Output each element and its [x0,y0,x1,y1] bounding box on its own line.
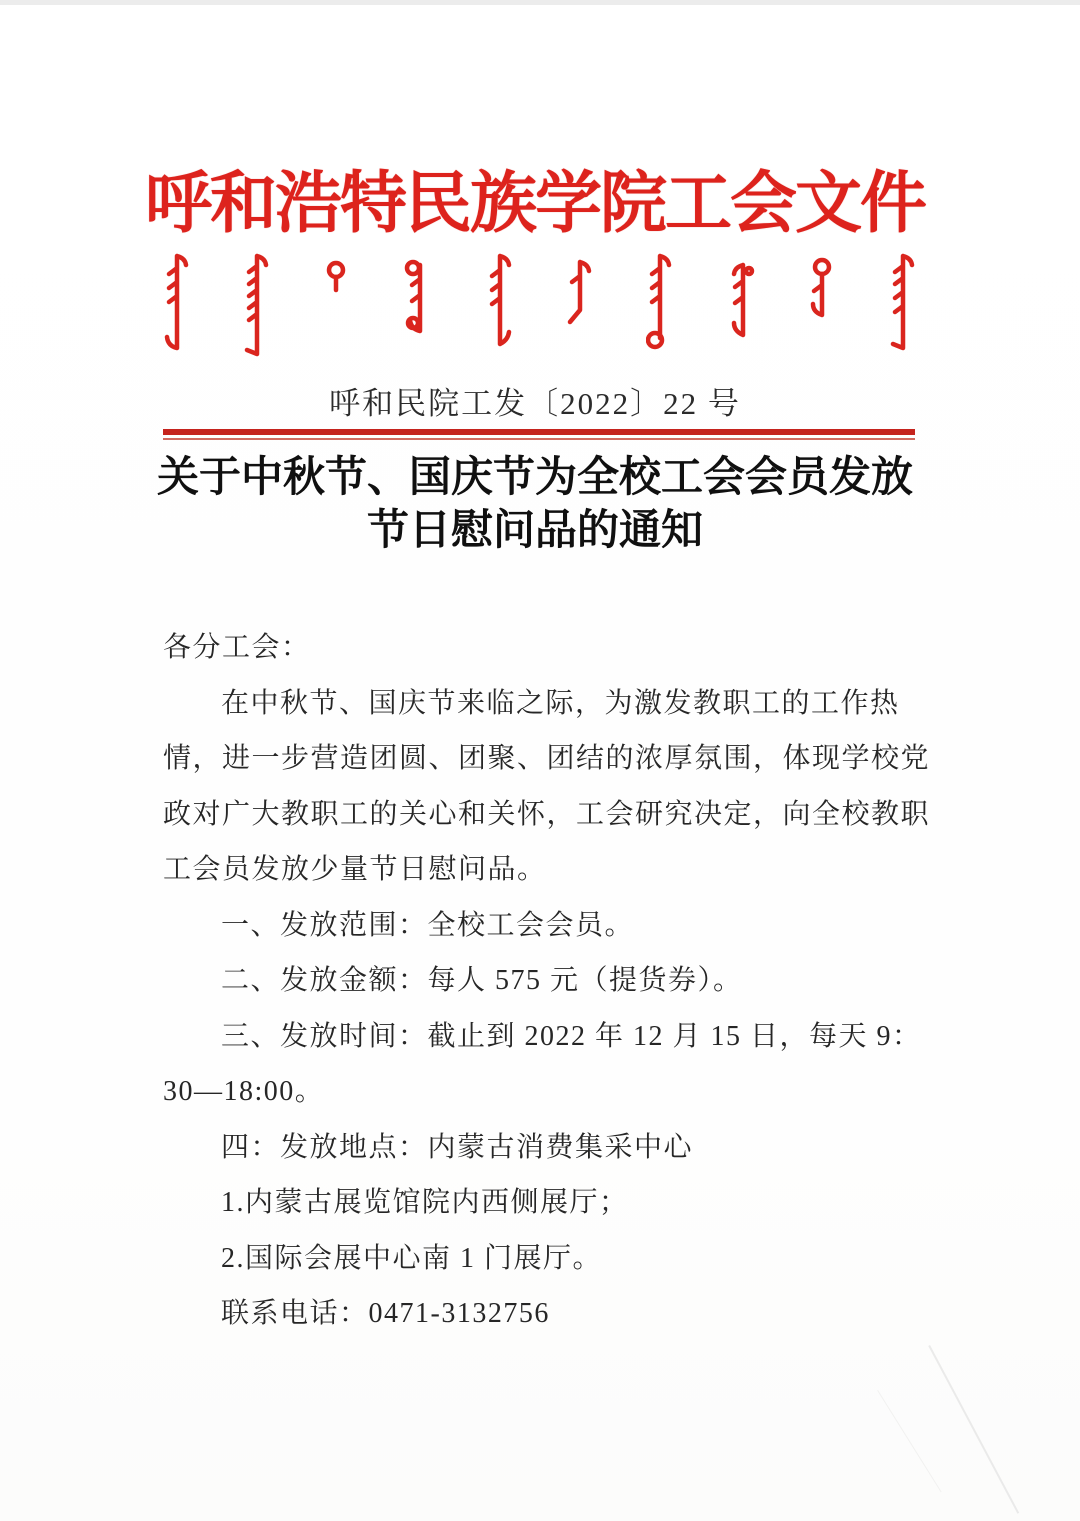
mongolian-word-icon [727,261,755,341]
notice-title-line1: 关于中秋节、国庆节为全校工会会员发放 [140,452,930,505]
scan-edge-strip [0,0,1080,5]
mongolian-word-icon [889,252,915,352]
red-divider-thin-line [163,438,915,440]
body-line: 在中秋节、国庆节来临之际，为激发教职工的工作热 [163,676,917,732]
mongolian-word-icon [566,258,592,326]
body-line: 情，进一步营造团圆、团聚、团结的浓厚氛围，体现学校党 [163,731,917,787]
mongolian-script-row-icon [163,252,915,362]
mongolian-word-icon [646,252,672,350]
body-line-location-2: 2.国际会展中心南 1 门展厅。 [163,1231,917,1287]
body-line-item-2: 二、发放金额：每人 575 元（提货券）。 [163,953,917,1009]
contact-phone-line: 联系电话：0471-3132756 [163,1286,917,1342]
body-line-item-3: 三、发放时间：截止到 2022 年 12 月 15 日，每天 9： [163,1009,917,1065]
body-line: 工会员发放少量节日慰问品。 [163,842,917,898]
mongolian-word-icon [486,252,512,348]
red-divider-rule [163,429,915,440]
mongolian-word-icon [243,252,269,358]
body-line-salutation: 各分工会： [163,620,917,676]
mongolian-word-icon [809,257,835,321]
scan-streak [877,1390,941,1492]
scan-streak [928,1345,1019,1514]
doc-number: 呼和民院工发〔2022〕22 号 [140,378,930,423]
mongolian-word-icon [323,260,349,294]
masthead-title: 呼和浩特民族学院工会文件 [130,150,940,246]
body-line: 政对广大教职工的关心和关怀，工会研究决定，向全校教职 [163,787,917,843]
body-line-location-1: 1.内蒙古展览馆院内西侧展厅； [163,1175,917,1231]
notice-title: 关于中秋节、国庆节为全校工会会员发放 节日慰问品的通知 [140,452,930,558]
body-line-item-3-cont: 30—18:00。 [163,1064,917,1120]
body-line-item-4: 四：发放地点：内蒙古消费集采中心 [163,1120,917,1176]
body-line-item-1: 一、发放范围：全校工会会员。 [163,898,917,954]
mongolian-word-icon [163,252,189,352]
notice-body: 各分工会： 在中秋节、国庆节来临之际，为激发教职工的工作热 情，进一步营造团圆、… [163,620,917,1342]
mongolian-word-icon [404,257,432,337]
notice-title-line2: 节日慰问品的通知 [140,505,930,558]
document-page: 呼和浩特民族学院工会文件 [0,0,1080,1521]
